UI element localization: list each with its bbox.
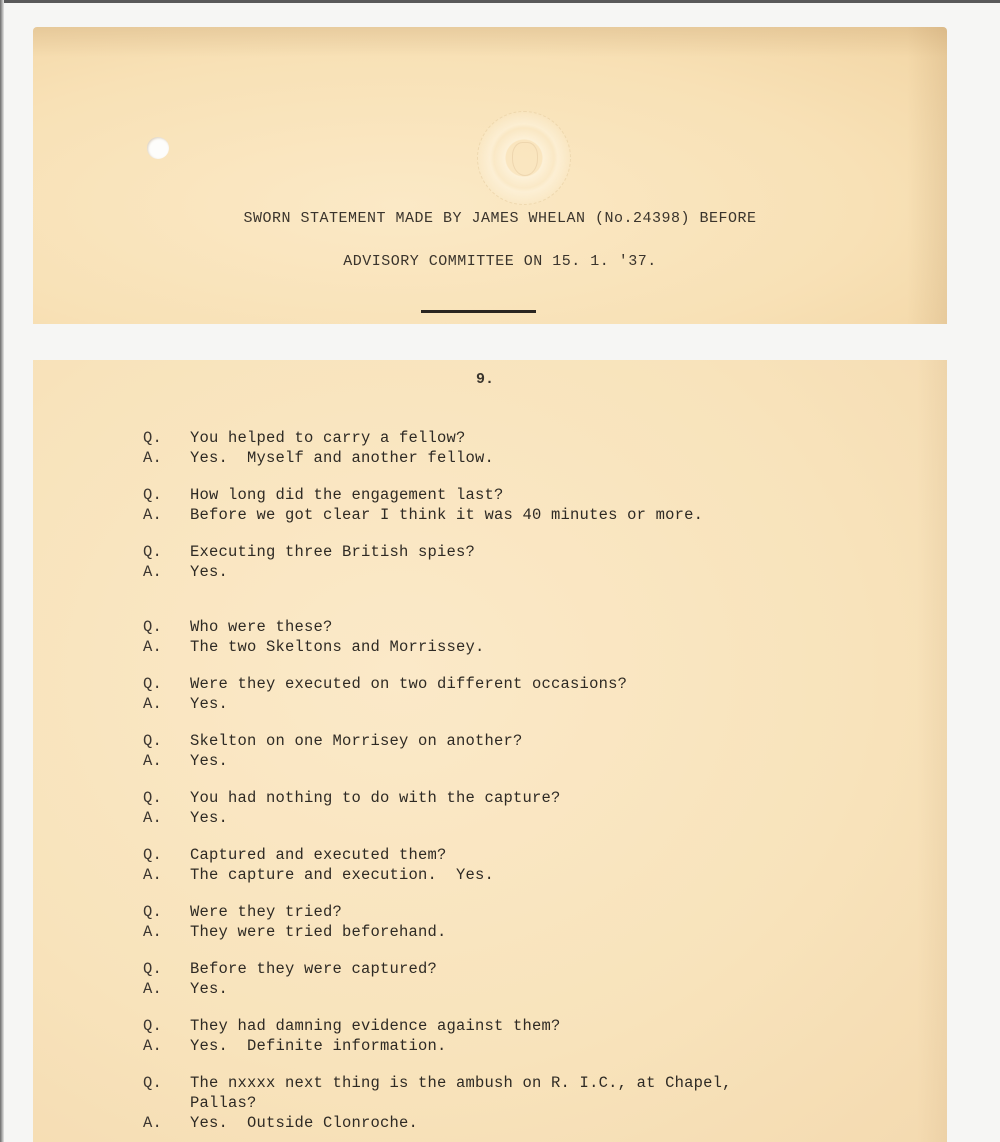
answer-text: The two Skeltons and Morrissey.: [190, 637, 485, 657]
answer-text: They were tried beforehand.: [190, 922, 447, 942]
answer-text: Yes.: [190, 751, 228, 771]
answer-line: A.They were tried beforehand.: [143, 922, 863, 942]
answer-prefix: A.: [143, 979, 190, 999]
exchange-spacer: [143, 468, 863, 485]
question-prefix: [143, 1093, 190, 1113]
question-prefix: Q.: [143, 845, 190, 865]
qa-exchange: Q.You helped to carry a fellow?A.Yes. My…: [143, 428, 863, 468]
question-prefix: Q.: [143, 485, 190, 505]
question-text: Were they tried?: [190, 902, 342, 922]
answer-prefix: A.: [143, 505, 190, 525]
question-text: Executing three British spies?: [190, 542, 475, 562]
answer-line: A.Before we got clear I think it was 40 …: [143, 505, 863, 525]
exchange-spacer: [143, 714, 863, 731]
question-line: Q.Executing three British spies?: [143, 542, 863, 562]
answer-prefix: A.: [143, 865, 190, 885]
question-text: Were they executed on two different occa…: [190, 674, 627, 694]
qa-exchange: Q.Were they tried?A.They were tried befo…: [143, 902, 863, 942]
answer-text: Yes.: [190, 562, 228, 582]
qa-exchange: Q.Executing three British spies?A.Yes.: [143, 542, 863, 582]
answer-text: The capture and execution. Yes.: [190, 865, 494, 885]
document-title-line-2: ADVISORY COMMITTEE ON 15. 1. '37.: [0, 253, 1000, 270]
question-text: How long did the engagement last?: [190, 485, 504, 505]
answer-prefix: A.: [143, 562, 190, 582]
answer-prefix: A.: [143, 808, 190, 828]
question-prefix: Q.: [143, 731, 190, 751]
exchange-spacer: [143, 525, 863, 542]
exchange-spacer: [143, 657, 863, 674]
question-text: They had damning evidence against them?: [190, 1016, 561, 1036]
embossed-seal-icon: [477, 111, 571, 205]
question-line: Q.They had damning evidence against them…: [143, 1016, 863, 1036]
question-text: Pallas?: [190, 1093, 257, 1113]
question-prefix: Q.: [143, 902, 190, 922]
scan-edge-top: [0, 0, 1000, 3]
answer-line: A.Yes.: [143, 808, 863, 828]
answer-prefix: A.: [143, 694, 190, 714]
answer-line: A.The two Skeltons and Morrissey.: [143, 637, 863, 657]
qa-exchange: Q.Who were these?A.The two Skeltons and …: [143, 617, 863, 657]
scan-edge-left: [0, 0, 4, 1142]
title-underline-divider: [421, 310, 536, 313]
answer-prefix: A.: [143, 1113, 190, 1133]
question-line: Q.Before they were captured?: [143, 959, 863, 979]
question-prefix: Q.: [143, 1016, 190, 1036]
qa-exchange: Q.How long did the engagement last?A.Bef…: [143, 485, 863, 525]
question-line: Q.Were they executed on two different oc…: [143, 674, 863, 694]
document-header-page: [33, 27, 947, 324]
answer-prefix: A.: [143, 637, 190, 657]
answer-text: Yes.: [190, 808, 228, 828]
exchange-spacer: [143, 999, 863, 1016]
qa-exchange: Q.You had nothing to do with the capture…: [143, 788, 863, 828]
answer-text: Yes. Myself and another fellow.: [190, 448, 494, 468]
qa-exchange: Q.Before they were captured?A.Yes.: [143, 959, 863, 999]
question-prefix: Q.: [143, 959, 190, 979]
qa-exchange: Q.Were they executed on two different oc…: [143, 674, 863, 714]
answer-text: Yes. Definite information.: [190, 1036, 447, 1056]
question-line: Q.How long did the engagement last?: [143, 485, 863, 505]
exchange-spacer: [143, 885, 863, 902]
qa-exchange: Q.The nxxxx next thing is the ambush on …: [143, 1073, 863, 1133]
question-line: Q.Who were these?: [143, 617, 863, 637]
page-number: 9.: [476, 371, 494, 388]
exchange-spacer: [143, 1056, 863, 1073]
answer-text: Before we got clear I think it was 40 mi…: [190, 505, 703, 525]
answer-text: Yes. Outside Clonroche.: [190, 1113, 418, 1133]
answer-text: Yes.: [190, 979, 228, 999]
answer-prefix: A.: [143, 922, 190, 942]
question-answer-list: Q.You helped to carry a fellow?A.Yes. My…: [143, 428, 863, 1133]
answer-line: A.Yes.: [143, 694, 863, 714]
exchange-spacer: [143, 771, 863, 788]
question-line: Pallas?: [143, 1093, 863, 1113]
question-prefix: Q.: [143, 674, 190, 694]
question-text: You helped to carry a fellow?: [190, 428, 466, 448]
answer-line: A.Yes. Definite information.: [143, 1036, 863, 1056]
answer-line: A.The capture and execution. Yes.: [143, 865, 863, 885]
answer-line: A.Yes.: [143, 979, 863, 999]
qa-exchange: Q.They had damning evidence against them…: [143, 1016, 863, 1056]
question-text: Captured and executed them?: [190, 845, 447, 865]
question-text: Who were these?: [190, 617, 333, 637]
answer-line: A.Yes.: [143, 562, 863, 582]
answer-prefix: A.: [143, 1036, 190, 1056]
question-line: Q.Captured and executed them?: [143, 845, 863, 865]
question-text: The nxxxx next thing is the ambush on R.…: [190, 1073, 732, 1093]
question-text: You had nothing to do with the capture?: [190, 788, 561, 808]
question-line: Q.Were they tried?: [143, 902, 863, 922]
answer-line: A.Yes.: [143, 751, 863, 771]
question-line: Q.You had nothing to do with the capture…: [143, 788, 863, 808]
question-prefix: Q.: [143, 1073, 190, 1093]
answer-prefix: A.: [143, 448, 190, 468]
seal-emblem-icon: [512, 142, 538, 176]
question-line: Q.You helped to carry a fellow?: [143, 428, 863, 448]
question-prefix: Q.: [143, 617, 190, 637]
qa-exchange: Q.Captured and executed them?A.The captu…: [143, 845, 863, 885]
answer-text: Yes.: [190, 694, 228, 714]
answer-prefix: A.: [143, 751, 190, 771]
question-line: Q.The nxxxx next thing is the ambush on …: [143, 1073, 863, 1093]
document-title-line-1: SWORN STATEMENT MADE BY JAMES WHELAN (No…: [0, 210, 1000, 227]
question-prefix: Q.: [143, 788, 190, 808]
exchange-spacer: [143, 582, 863, 617]
question-prefix: Q.: [143, 428, 190, 448]
question-text: Skelton on one Morrisey on another?: [190, 731, 523, 751]
exchange-spacer: [143, 942, 863, 959]
qa-exchange: Q.Skelton on one Morrisey on another?A.Y…: [143, 731, 863, 771]
exchange-spacer: [143, 828, 863, 845]
answer-line: A.Yes. Myself and another fellow.: [143, 448, 863, 468]
question-line: Q.Skelton on one Morrisey on another?: [143, 731, 863, 751]
question-prefix: Q.: [143, 542, 190, 562]
punch-hole: [147, 137, 169, 159]
answer-line: A.Yes. Outside Clonroche.: [143, 1113, 863, 1133]
question-text: Before they were captured?: [190, 959, 437, 979]
